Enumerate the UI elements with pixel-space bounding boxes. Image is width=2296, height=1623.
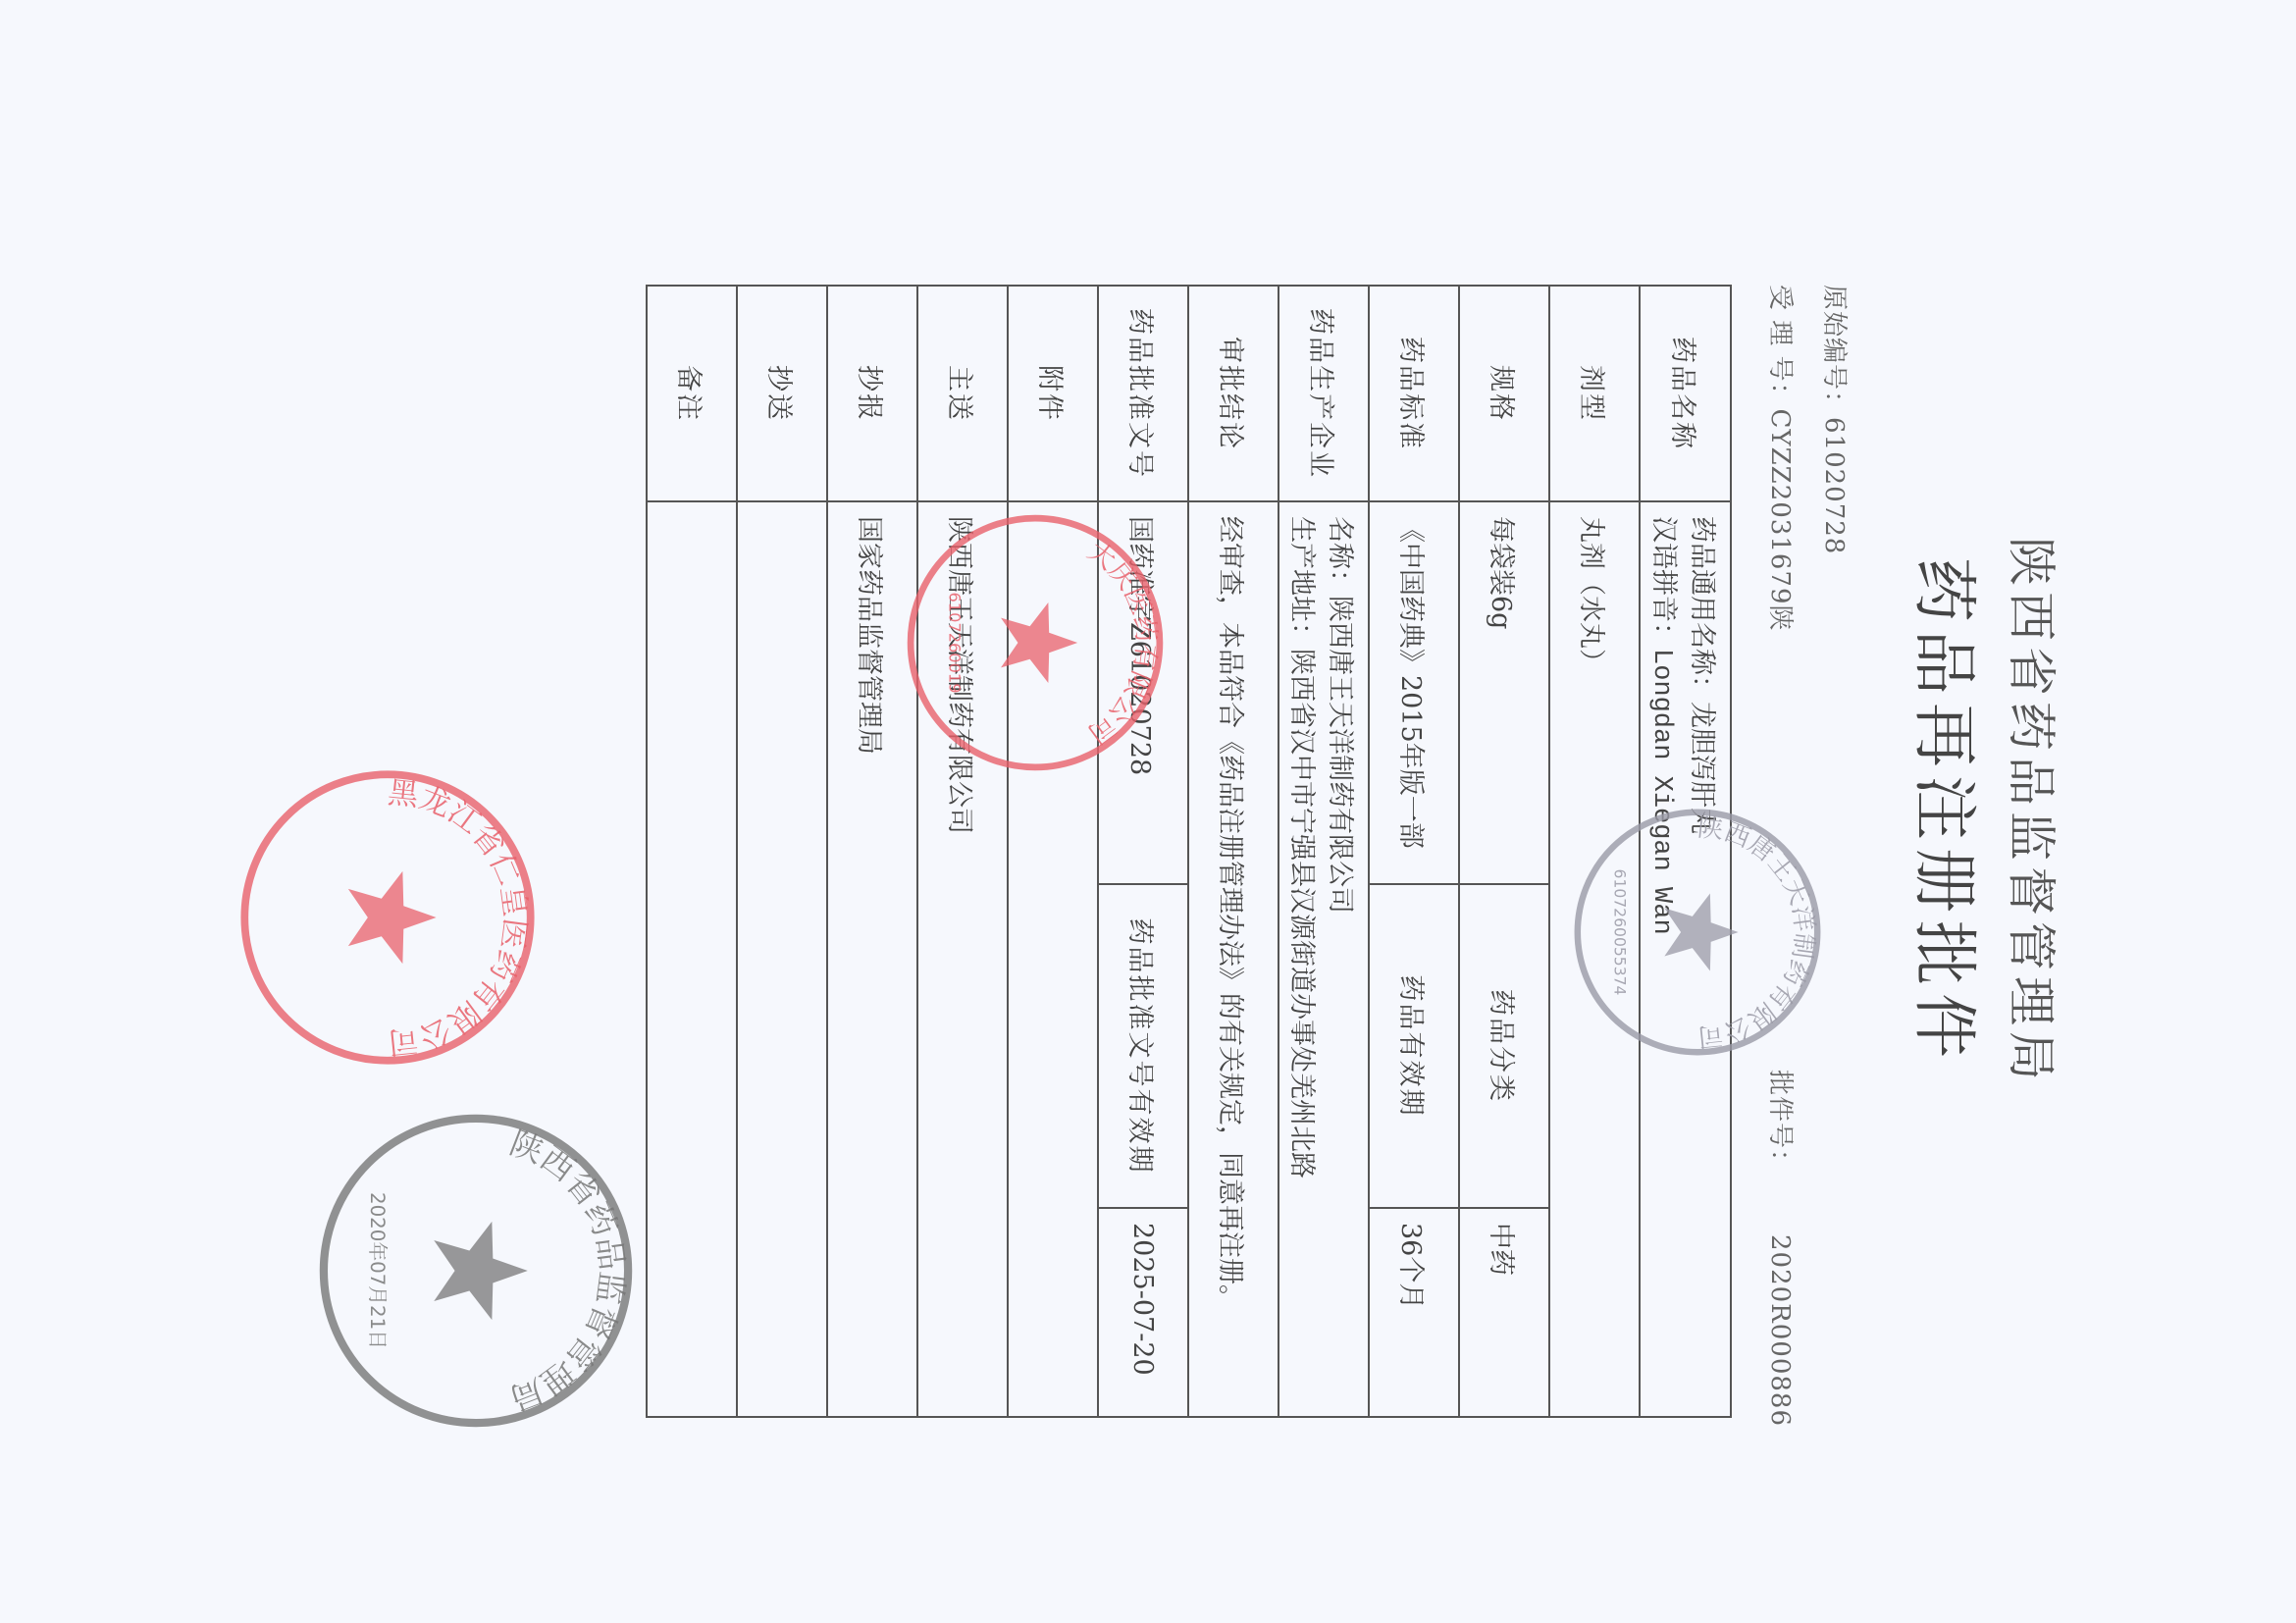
copy-to-label: 抄送 (737, 286, 827, 501)
report-to-label: 抄报 (827, 286, 917, 501)
conclusion-label: 审批结论 (1188, 286, 1278, 501)
table-row: 药品生产企业 名称：陕西唐王天洋制药有限公司 生产地址：陕西省汉中市宁强县汉源街… (1278, 286, 1369, 1417)
remarks-label: 备注 (647, 286, 737, 501)
category-value: 中药 (1459, 1208, 1549, 1417)
table-row: 主送 陕西唐王天洋制药有限公司 (917, 286, 1008, 1417)
authority-seal-stamp: 陕西省药品监督管理局2020年07月21日 (314, 1109, 638, 1433)
heilongjiang-seal-stamp: 黑龙江省仁皇医药有限公司 (235, 765, 540, 1070)
svg-text:2020年07月21日: 2020年07月21日 (366, 1192, 389, 1349)
attachment-label: 附件 (1008, 286, 1098, 501)
specification-value: 每袋装6g (1459, 501, 1549, 884)
category-label: 药品分类 (1459, 884, 1549, 1208)
table-row: 审批结论 经审查，本品符合《药品注册管理办法》的有关规定，同意再注册。 (1188, 286, 1278, 1417)
svg-text:6107260055374: 6107260055374 (1611, 869, 1629, 996)
acceptance-number: 受 理 号：CYZZ2031679陕 (1764, 285, 1800, 632)
conclusion-value: 经审查，本品符合《药品注册管理办法》的有关规定，同意再注册。 (1188, 501, 1278, 1417)
issuer-heading: 陕西省药品监督管理局 (2000, 0, 2070, 1623)
drug-validity-value: 36个月 (1369, 1208, 1459, 1417)
table-row: 附件 (1008, 286, 1098, 1417)
main-recipient-label: 主送 (917, 286, 1008, 501)
manufacturer-name: 陕西唐王天洋制药有限公司 (1325, 596, 1355, 914)
standard-value: 《中国药典》2015年版一部 (1369, 501, 1459, 884)
dosage-form-label: 剂型 (1549, 286, 1640, 501)
red-distributor-seal-stamp: 大庆医药有限公司6107260019 (903, 510, 1168, 775)
standard-label: 药品标准 (1369, 286, 1459, 501)
manufacturer-address: 陕西省汉中市宁强县汉源街道办事处羌州北路 (1286, 649, 1317, 1178)
table-row: 药品标准 《中国药典》2015年版一部 药品有效期 36个月 (1369, 286, 1459, 1417)
table-row: 抄送 (737, 286, 827, 1417)
svg-text:大庆医药有限公司: 大庆医药有限公司 (1082, 536, 1162, 750)
copy-to-value (737, 501, 827, 1417)
original-number: 原始编号：61020728 (1818, 285, 1854, 554)
document-title: 药品再注册批件 (1904, 0, 1997, 1623)
manufacturer-cell: 名称：陕西唐王天洋制药有限公司 生产地址：陕西省汉中市宁强县汉源街道办事处羌州北… (1278, 501, 1369, 1417)
approval-table: 药品名称 药品通用名称：龙胆泻肝丸 汉语拼音：Longdan Xiegan Wa… (646, 285, 1732, 1418)
drug-name-label: 药品名称 (1640, 286, 1731, 501)
svg-text:6107260019: 6107260019 (945, 593, 964, 694)
approval-validity-value: 2025-07-20 (1098, 1208, 1188, 1417)
table-row: 备注 (647, 286, 737, 1417)
manufacturer-label: 药品生产企业 (1278, 286, 1369, 501)
approval-number-label: 药品批准文号 (1098, 286, 1188, 501)
table-row: 药品批准文号 国药准字Z61020728 药品批准文号有效期 2025-07-2… (1098, 286, 1188, 1417)
specification-label: 规格 (1459, 286, 1549, 501)
company-seal-stamp: 陕西唐王天洋制药有限公司6107260055374 (1570, 805, 1825, 1060)
table-row: 抄报 国家药品监督管理局 (827, 286, 917, 1417)
document-page: 陕西省药品监督管理局 药品再注册批件 原始编号：61020728 受 理 号：C… (0, 0, 2296, 1623)
drug-validity-label: 药品有效期 (1369, 884, 1459, 1208)
approval-number: 批件号：2020R000886 (1764, 1070, 1800, 1427)
table-row: 规格 每袋装6g 药品分类 中药 (1459, 286, 1549, 1417)
approval-validity-label: 药品批准文号有效期 (1098, 884, 1188, 1208)
remarks-value (647, 501, 737, 1417)
